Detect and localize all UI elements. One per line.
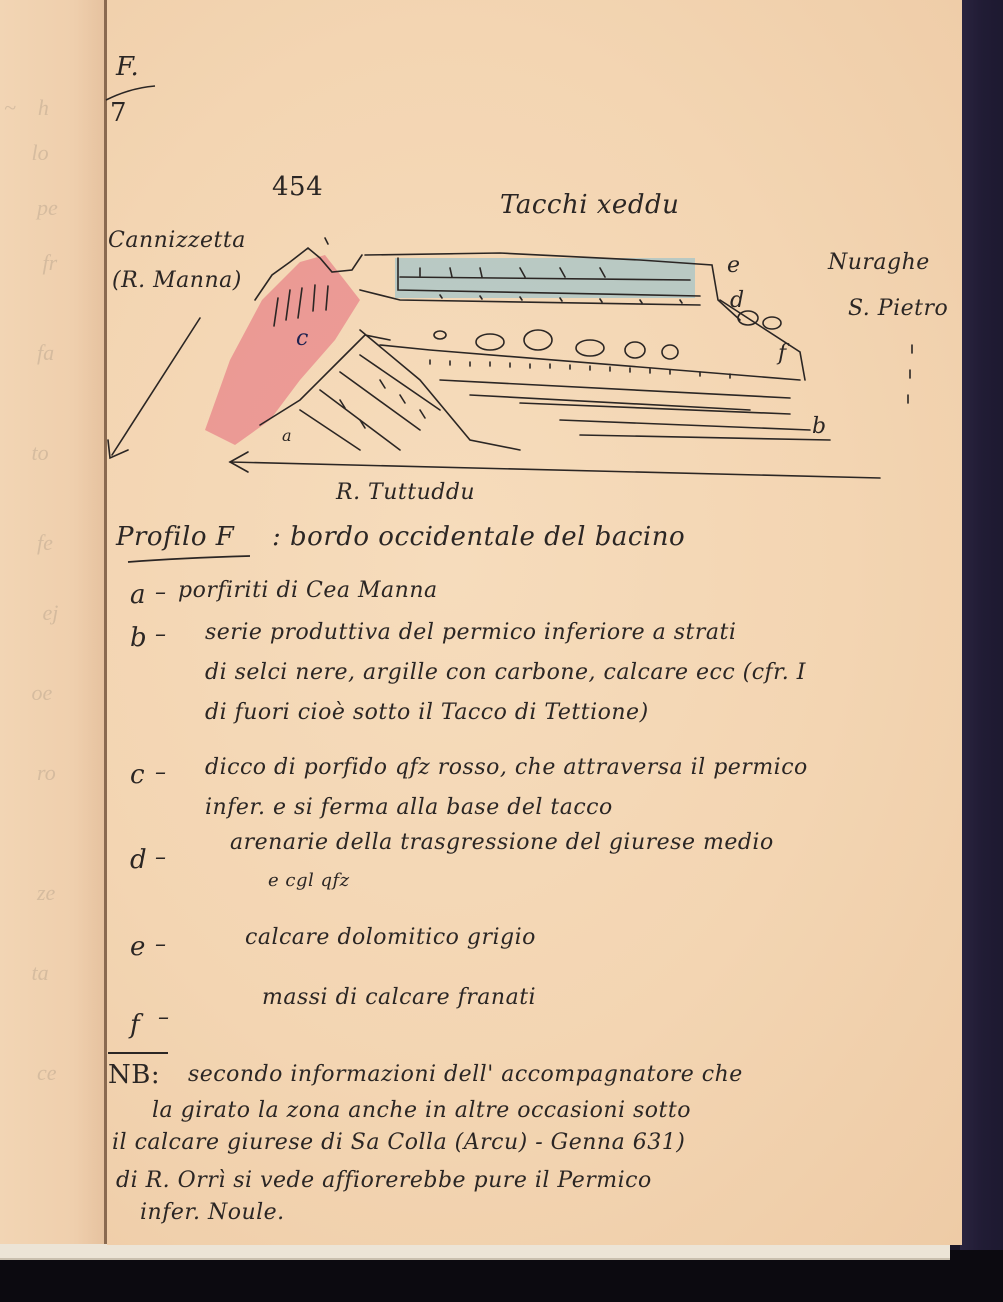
legend-key-c: c xyxy=(130,760,145,790)
profile-subtitle: : bordo occidentale del bacino xyxy=(272,522,685,552)
legend-key-b: b xyxy=(130,623,147,653)
footnote-line-3: il calcare giurese di Sa Colla (Arcu) - … xyxy=(112,1130,685,1155)
legend-key-d: d xyxy=(130,845,147,875)
legend-text-f-1: massi di calcare franati xyxy=(262,985,536,1010)
legend-key-a: a xyxy=(130,580,146,610)
footnote-line-2: la girato la zona anche in altre occasio… xyxy=(152,1098,691,1123)
legend-text-b-1: serie produttiva del permico inferiore a… xyxy=(205,620,736,645)
legend-text-c-1: dicco di porfido qfz rosso, che attraver… xyxy=(205,755,808,780)
legend-text-e-1: calcare dolomitico grigio xyxy=(245,925,536,950)
legend-text-d-1: arenarie della trasgressione del giurese… xyxy=(230,830,774,855)
legend-text-a-1: porfiriti di Cea Manna xyxy=(178,578,438,603)
footnote-line-4: di R. Orrì si vede affiorerebbe pure il … xyxy=(116,1168,652,1193)
legend-key-e: e xyxy=(130,932,146,962)
legend-key-f: f xyxy=(130,1010,140,1040)
legend-text-b-3: di fuori cioè sotto il Tacco di Tettione… xyxy=(205,700,649,725)
legend-text-c-2: infer. e si ferma alla base del tacco xyxy=(205,795,613,820)
legend-text-b-2: di selci nere, argille con carbone, calc… xyxy=(205,660,806,685)
footnote-line-5: infer. Noule. xyxy=(140,1200,285,1225)
footnote-prefix: NB: xyxy=(108,1060,160,1090)
footnote-line-1: secondo informazioni dell' accompagnator… xyxy=(188,1062,743,1087)
section-divider xyxy=(108,1052,168,1054)
legend-text-d-2: e cgl qfz xyxy=(268,870,350,891)
